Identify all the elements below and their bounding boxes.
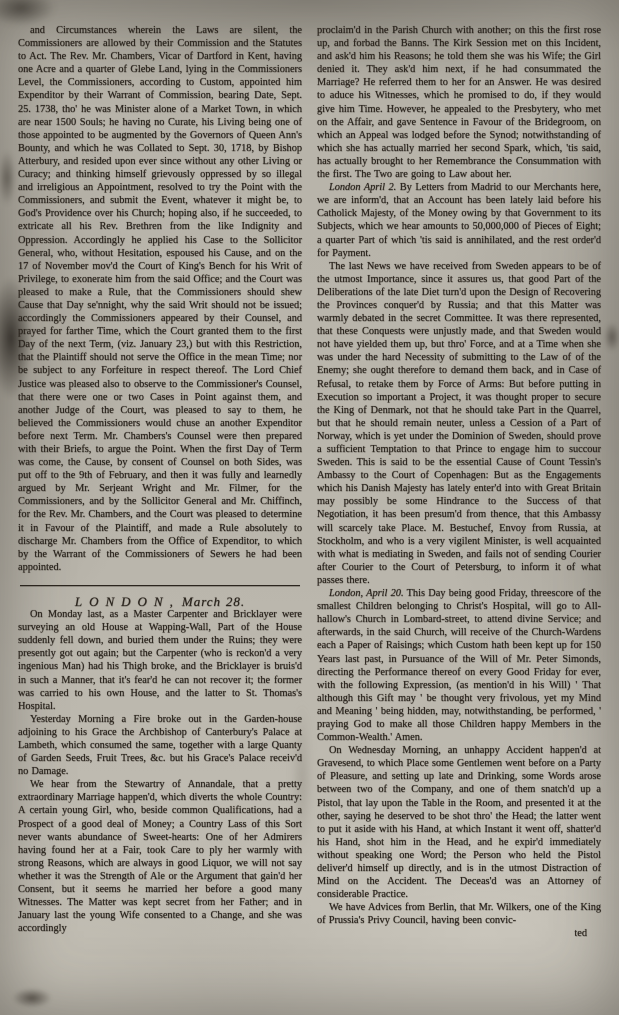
section-divider-rule [20, 585, 300, 586]
paragraph-madrid-letters-body: By Letters from Madrid to our Merchants … [317, 182, 601, 258]
ink-smudge-right-edge [604, 322, 619, 352]
paragraph-chambers-case: and Circumstances wherein the Laws are s… [18, 24, 302, 574]
newspaper-page-scan: and Circumstances wherein the Laws are s… [0, 0, 619, 1015]
ink-smudge-top-left [0, 0, 56, 26]
column-left: and Circumstances wherein the Laws are s… [18, 24, 302, 941]
dateline-london-april-2: London April 2. [329, 182, 396, 193]
paragraph-good-friday-body: This Day being good Friday, threescore o… [317, 588, 601, 743]
catchword: ted [317, 927, 601, 940]
heading-city-label: LONDON, [75, 594, 180, 609]
paragraph-gravesend-accident: On Wednesday Morning, an unhappy Acciden… [317, 744, 601, 901]
column-right: proclaim'd in the Parish Church with ano… [317, 24, 601, 941]
paragraph-berlin-advices: We have Advices from Berlin, that Mr. Wi… [317, 901, 601, 927]
ink-smudge-bottom-left [12, 988, 52, 1008]
paragraph-lambeth-fire: Yesterday Morning a Fire broke out in th… [18, 713, 302, 778]
paragraph-annandale-marriage: We hear from the Stewartry of Annandale,… [18, 778, 302, 935]
section-heading-london: LONDON,March 28. [18, 595, 302, 608]
paragraph-kirk-session: proclaim'd in the Parish Church with ano… [317, 24, 601, 181]
paragraph-good-friday: London, April 20. This Day being good Fr… [317, 587, 601, 744]
text-columns: and Circumstances wherein the Laws are s… [18, 24, 602, 941]
dateline-london-april-20: London, April 20. [329, 588, 404, 599]
paragraph-sweden-news: The last News we have received from Swed… [317, 260, 601, 587]
ink-smudge-left-small [0, 150, 16, 206]
heading-date-label: March 28. [182, 594, 245, 609]
paragraph-madrid-letters: London April 2. By Letters from Madrid t… [317, 181, 601, 260]
paragraph-carpenter-accident: On Monday last, as a Master Carpenter an… [18, 608, 302, 713]
